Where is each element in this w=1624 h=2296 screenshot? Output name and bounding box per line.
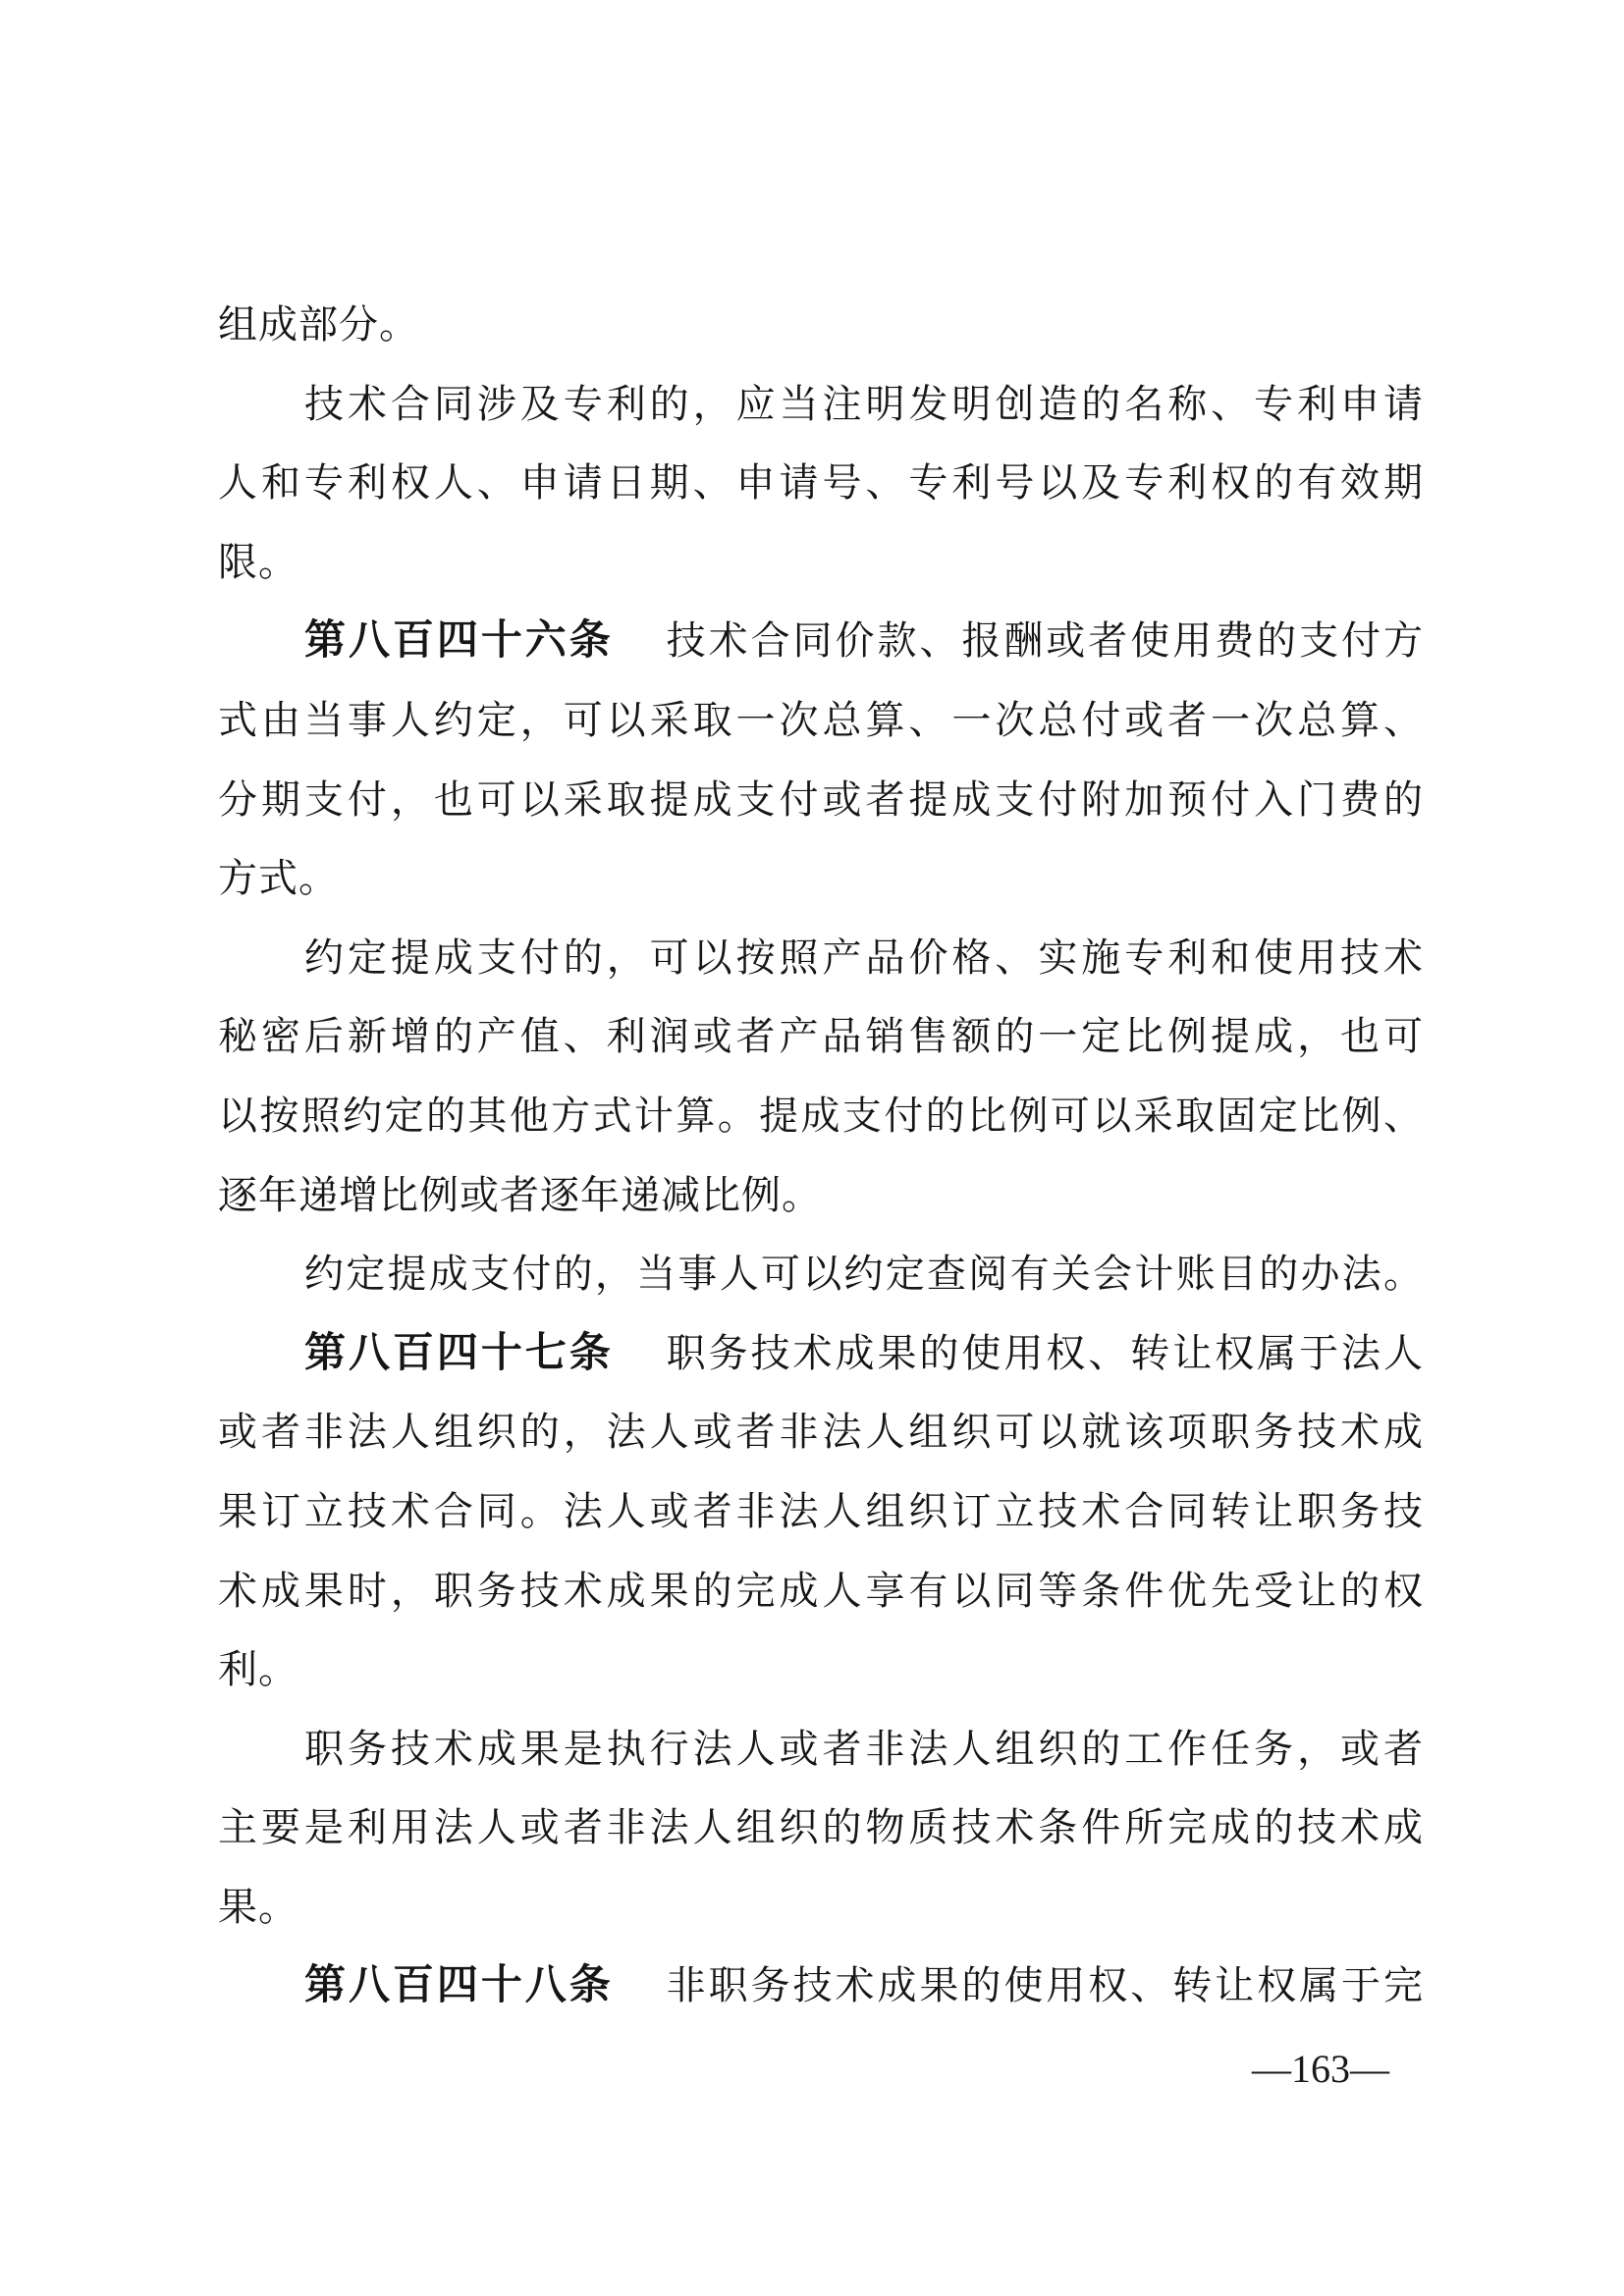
line-text: 式由当事人约定，可以采取一次总算、一次总付或者一次总算、 xyxy=(218,698,1424,742)
text-line: 果。 xyxy=(218,1868,1424,1948)
line-text: 果订立技术合同。法人或者非法人组织订立技术合同转让职务技 xyxy=(218,1489,1424,1533)
text-line: 式由当事人约定，可以采取一次总算、一次总付或者一次总算、 xyxy=(218,681,1424,761)
text-line: 主要是利用法人或者非法人组织的物质技术条件所完成的技术成 xyxy=(218,1789,1424,1868)
line-text: 术成果时，职务技术成果的完成人享有以同等条件优先受让的权 xyxy=(218,1569,1424,1613)
line-text: 技术合同价款、报酬或者使用费的支付方 xyxy=(665,618,1424,663)
text-line: 术成果时，职务技术成果的完成人享有以同等条件优先受让的权 xyxy=(218,1552,1424,1631)
text-line: 约定提成支付的，当事人可以约定查阅有关会计账目的办法。 xyxy=(218,1235,1424,1314)
line-text: 约定提成支付的，可以按照产品价格、实施专利和使用技术 xyxy=(304,935,1424,980)
line-text: 秘密后新增的产值、利润或者产品销售额的一定比例提成，也可 xyxy=(218,1014,1424,1058)
article-number: 第八百四十七条 xyxy=(304,1331,614,1376)
text-line: 逐年递增比例或者逐年递减比例。 xyxy=(218,1156,1424,1236)
text-line: 人和专利权人、申请日期、申请号、专利号以及专利权的有效期 xyxy=(218,444,1424,523)
text-line: 方式。 xyxy=(218,839,1424,919)
line-text: 以按照约定的其他方式计算。提成支付的比例可以采取固定比例、 xyxy=(218,1094,1424,1138)
text-line: 组成部分。 xyxy=(218,286,1424,365)
line-text: 或者非法人组织的，法人或者非法人组织可以就该项职务技术成 xyxy=(218,1410,1424,1454)
text-line: 限。 xyxy=(218,523,1424,603)
article-848-line: 第八百四十八条非职务技术成果的使用权、转让权属于完 xyxy=(218,1947,1424,2026)
document-text-block: 组成部分。 技术合同涉及专利的，应当注明发明创造的名称、专利申请 人和专利权人、… xyxy=(218,286,1424,2026)
text-line: 职务技术成果是执行法人或者非法人组织的工作任务，或者 xyxy=(218,1710,1424,1789)
page-number: —163— xyxy=(1252,2048,1409,2091)
scanned-document-page: 组成部分。 技术合同涉及专利的，应当注明发明创造的名称、专利申请 人和专利权人、… xyxy=(0,0,1624,2296)
line-text: 约定提成支付的，当事人可以约定查阅有关会计账目的办法。 xyxy=(304,1252,1424,1296)
line-text: 人和专利权人、申请日期、申请号、专利号以及专利权的有效期 xyxy=(218,460,1424,505)
line-text: 分期支付，也可以采取提成支付或者提成支付附加预付入门费的 xyxy=(218,777,1424,822)
text-line: 约定提成支付的，可以按照产品价格、实施专利和使用技术 xyxy=(218,919,1424,998)
text-line: 或者非法人组织的，法人或者非法人组织可以就该项职务技术成 xyxy=(218,1393,1424,1472)
text-line: 技术合同涉及专利的，应当注明发明创造的名称、专利申请 xyxy=(218,365,1424,445)
line-text: 果。 xyxy=(218,1885,298,1929)
line-text: 非职务技术成果的使用权、转让权属于完 xyxy=(665,1963,1424,2007)
line-text: 组成部分。 xyxy=(218,302,419,347)
line-text: 限。 xyxy=(218,540,298,584)
line-text: 职务技术成果是执行法人或者非法人组织的工作任务，或者 xyxy=(304,1727,1424,1771)
line-text: 方式。 xyxy=(218,856,339,900)
article-number: 第八百四十六条 xyxy=(304,618,614,664)
article-number: 第八百四十八条 xyxy=(304,1963,614,2008)
article-847-line: 第八百四十七条职务技术成果的使用权、转让权属于法人 xyxy=(218,1314,1424,1394)
line-text: 利。 xyxy=(218,1647,298,1691)
line-text: 主要是利用法人或者非法人组织的物质技术条件所完成的技术成 xyxy=(218,1805,1424,1849)
line-text: 职务技术成果的使用权、转让权属于法人 xyxy=(665,1331,1424,1375)
text-line: 以按照约定的其他方式计算。提成支付的比例可以采取固定比例、 xyxy=(218,1077,1424,1156)
text-line: 果订立技术合同。法人或者非法人组织订立技术合同转让职务技 xyxy=(218,1472,1424,1552)
line-text: 技术合同涉及专利的，应当注明发明创造的名称、专利申请 xyxy=(304,382,1424,426)
article-846-line: 第八百四十六条技术合同价款、报酬或者使用费的支付方 xyxy=(218,602,1424,681)
text-line: 利。 xyxy=(218,1630,1424,1710)
line-text: 逐年递增比例或者逐年递减比例。 xyxy=(218,1173,822,1217)
text-line: 分期支付，也可以采取提成支付或者提成支付附加预付入门费的 xyxy=(218,761,1424,840)
text-line: 秘密后新增的产值、利润或者产品销售额的一定比例提成，也可 xyxy=(218,997,1424,1077)
